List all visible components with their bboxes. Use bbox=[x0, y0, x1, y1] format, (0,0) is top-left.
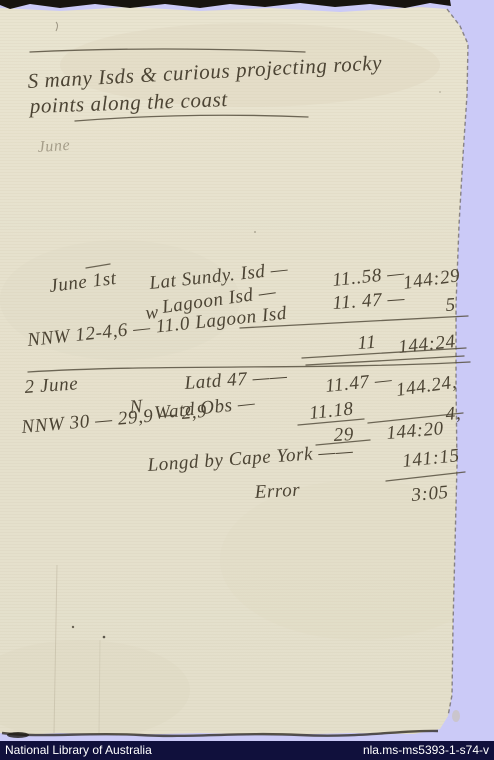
institution-label: National Library of Australia bbox=[5, 741, 152, 760]
entry2-error-value: 3:05 bbox=[410, 482, 450, 506]
manuscript-scan: S many Isds & curious projecting rocky p… bbox=[0, 0, 494, 741]
digitised-page-viewer: S many Isds & curious projecting rocky p… bbox=[0, 0, 494, 760]
torn-edge-shadow bbox=[0, 0, 451, 9]
entry2-date: 2 June bbox=[24, 373, 79, 398]
reference-label: nla.ms-ms5393-1-s74-v bbox=[363, 741, 489, 760]
entry1-row3-sum: 11 bbox=[357, 332, 377, 354]
entry2-row2-longitude: 4, bbox=[445, 403, 462, 425]
faint-month-note: June bbox=[37, 137, 71, 156]
caption-bar: National Library of Australia nla.ms-ms5… bbox=[0, 741, 494, 760]
entry1-row2-longitude: 5 bbox=[445, 294, 457, 316]
bottom-edge-blot bbox=[7, 732, 29, 738]
entry2-error-label: Error bbox=[253, 480, 301, 503]
